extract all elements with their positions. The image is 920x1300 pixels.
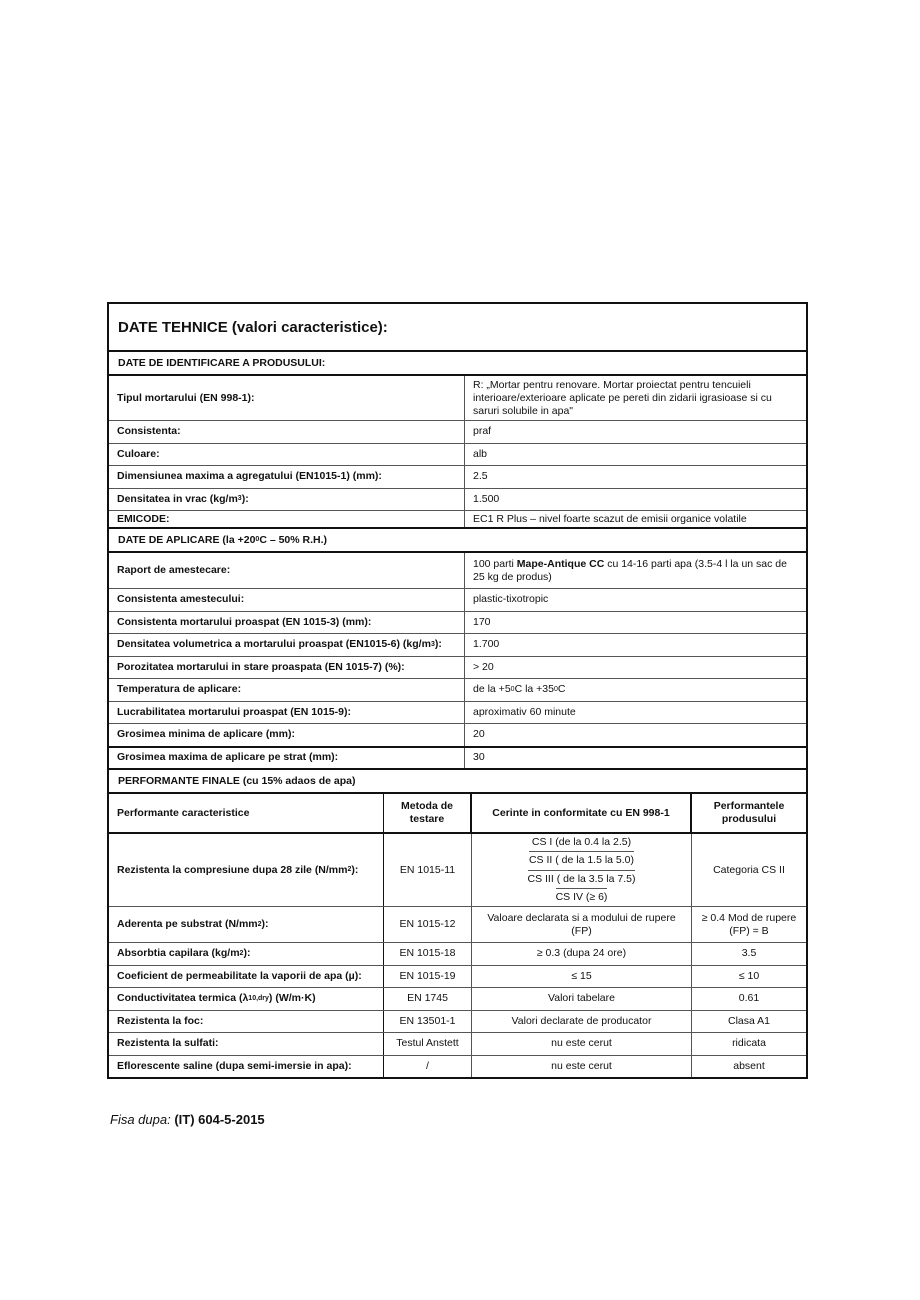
table-row: Rezistenta la foc: EN 13501-1 Valori dec… <box>109 1010 806 1033</box>
row-label: EMICODE: <box>109 511 465 527</box>
row-label: Porozitatea mortarului in stare proaspat… <box>109 657 465 679</box>
requirement: Valori declarate de producator <box>472 1011 692 1033</box>
row-value: aproximativ 60 minute <box>465 702 806 724</box>
requirement-item: CS I (de la 0.4 la 2.5) <box>532 834 631 851</box>
row-label: Tipul mortarului (EN 998-1): <box>109 376 465 420</box>
section-performance-heading: PERFORMANTE FINALE (cu 15% adaos de apa) <box>109 770 806 792</box>
row-label: Rezistenta la compresiune dupa 28 zile (… <box>109 834 384 906</box>
requirement: Valoare declarata si a modului de rupere… <box>472 907 692 942</box>
technical-data-table: DATE TEHNICE (valori caracteristice): DA… <box>107 302 808 1079</box>
test-method: EN 1015-11 <box>384 834 472 906</box>
row-label: Grosimea minima de aplicare (mm): <box>109 724 465 746</box>
product-name: Mape-Antique CC <box>517 558 605 570</box>
test-method: EN 1015-18 <box>384 943 472 965</box>
table-row: Rezistenta la sulfati: Testul Anstett nu… <box>109 1032 806 1055</box>
row-value: 1.500 <box>465 489 806 511</box>
document-page: DATE TEHNICE (valori caracteristice): DA… <box>0 0 920 1300</box>
table-row: Lucrabilitatea mortarului proaspat (EN 1… <box>109 701 806 724</box>
table-title: DATE TEHNICE (valori caracteristice): <box>109 304 806 350</box>
column-header: Cerinte in conformitate cu EN 998-1 <box>472 794 692 832</box>
table-row: Porozitatea mortarului in stare proaspat… <box>109 656 806 679</box>
requirement: ≤ 15 <box>472 966 692 988</box>
table-row: Tipul mortarului (EN 998-1): R: „Mortar … <box>109 374 806 420</box>
row-value: de la +50C la +350C <box>465 679 806 701</box>
row-label: Densitatea volumetrica a mortarului proa… <box>109 634 465 656</box>
product-result: 3.5 <box>692 943 806 965</box>
row-value: 30 <box>465 748 806 769</box>
row-value: 1.700 <box>465 634 806 656</box>
requirement-item: CS III ( de la 3.5 la 7.5) <box>528 870 636 888</box>
table-row: Aderenta pe substrat (N/mm2): EN 1015-12… <box>109 906 806 942</box>
row-label: Culoare: <box>109 444 465 466</box>
product-result: ≤ 10 <box>692 966 806 988</box>
row-value: EC1 R Plus – nivel foarte scazut de emis… <box>465 511 806 527</box>
row-value: 2.5 <box>465 466 806 488</box>
row-label: Rezistenta la sulfati: <box>109 1033 384 1055</box>
row-value: plastic-tixotropic <box>465 589 806 611</box>
requirements-list: CS I (de la 0.4 la 2.5) CS II ( de la 1.… <box>472 834 692 906</box>
table-row: Eflorescente saline (dupa semi-imersie i… <box>109 1055 806 1078</box>
row-label: Eflorescente saline (dupa semi-imersie i… <box>109 1056 384 1078</box>
requirement: ≥ 0.3 (dupa 24 ore) <box>472 943 692 965</box>
table-row: Temperatura de aplicare: de la +50C la +… <box>109 678 806 701</box>
table-row: Absorbtia capilara (kg/m2): EN 1015-18 ≥… <box>109 942 806 965</box>
product-result: ridicata <box>692 1033 806 1055</box>
row-label: Raport de amestecare: <box>109 553 465 588</box>
row-label: Densitatea in vrac (kg/m3): <box>109 489 465 511</box>
requirement-item: CS II ( de la 1.5 la 5.0) <box>529 851 634 869</box>
table-row: Consistenta mortarului proaspat (EN 1015… <box>109 611 806 634</box>
table-row: Consistenta: praf <box>109 420 806 443</box>
row-label: Aderenta pe substrat (N/mm2): <box>109 907 384 942</box>
footer-reference: (IT) 604-5-2015 <box>174 1112 264 1127</box>
footer-prefix: Fisa dupa: <box>110 1112 171 1127</box>
row-label: Dimensiunea maxima a agregatului (EN1015… <box>109 466 465 488</box>
row-value: > 20 <box>465 657 806 679</box>
document-footer: Fisa dupa: (IT) 604-5-2015 <box>110 1112 265 1127</box>
product-result: Clasa A1 <box>692 1011 806 1033</box>
product-result: 0.61 <box>692 988 806 1010</box>
test-method: EN 1015-12 <box>384 907 472 942</box>
requirement: nu este cerut <box>472 1056 692 1078</box>
table-row: Grosimea maxima de aplicare pe strat (mm… <box>109 746 806 769</box>
table-row: Rezistenta la compresiune dupa 28 zile (… <box>109 832 806 906</box>
row-label: Consistenta mortarului proaspat (EN 1015… <box>109 612 465 634</box>
row-label: Consistenta amestecului: <box>109 589 465 611</box>
row-value: 170 <box>465 612 806 634</box>
row-value: 20 <box>465 724 806 746</box>
product-result: ≥ 0.4 Mod de rupere (FP) = B <box>692 907 806 942</box>
column-header: Performantele produsului <box>692 794 806 832</box>
column-header: Performante caracteristice <box>109 794 384 832</box>
table-row: Densitatea in vrac (kg/m3): 1.500 <box>109 488 806 511</box>
table-row: Dimensiunea maxima a agregatului (EN1015… <box>109 465 806 488</box>
row-value: alb <box>465 444 806 466</box>
requirement: Valori tabelare <box>472 988 692 1010</box>
row-label: Lucrabilitatea mortarului proaspat (EN 1… <box>109 702 465 724</box>
row-label: Grosimea maxima de aplicare pe strat (mm… <box>109 748 465 769</box>
table-row: Densitatea volumetrica a mortarului proa… <box>109 633 806 656</box>
table-row: Raport de amestecare: 100 parti Mape-Ant… <box>109 551 806 588</box>
row-value: 100 parti Mape-Antique CC cu 14-16 parti… <box>465 553 806 588</box>
test-method: Testul Anstett <box>384 1033 472 1055</box>
row-label: Consistenta: <box>109 421 465 443</box>
section-application-heading: DATE DE APLICARE (la +200C – 50% R.H.) <box>109 529 806 551</box>
table-row: Consistenta amestecului: plastic-tixotro… <box>109 588 806 611</box>
row-value: R: „Mortar pentru renovare. Mortar proie… <box>465 376 806 420</box>
row-label: Coeficient de permeabilitate la vaporii … <box>109 966 384 988</box>
test-method: EN 13501-1 <box>384 1011 472 1033</box>
row-value: praf <box>465 421 806 443</box>
requirement-item: CS IV (≥ 6) <box>556 888 608 906</box>
table-row: EMICODE: EC1 R Plus – nivel foarte scazu… <box>109 510 806 527</box>
section-identification-heading: DATE DE IDENTIFICARE A PRODUSULUI: <box>109 352 806 374</box>
column-header: Metoda de testare <box>384 794 472 832</box>
test-method: EN 1745 <box>384 988 472 1010</box>
test-method: EN 1015-19 <box>384 966 472 988</box>
table-row: Culoare: alb <box>109 443 806 466</box>
row-label: Rezistenta la foc: <box>109 1011 384 1033</box>
table-row: Conductivitatea termica (λ10,dry) (W/m·K… <box>109 987 806 1010</box>
row-label: Conductivitatea termica (λ10,dry) (W/m·K… <box>109 988 384 1010</box>
requirement: nu este cerut <box>472 1033 692 1055</box>
row-label: Temperatura de aplicare: <box>109 679 465 701</box>
test-method: / <box>384 1056 472 1078</box>
row-label: Absorbtia capilara (kg/m2): <box>109 943 384 965</box>
performance-header-row: Performante caracteristice Metoda de tes… <box>109 792 806 832</box>
table-row: Grosimea minima de aplicare (mm): 20 <box>109 723 806 746</box>
table-row: Coeficient de permeabilitate la vaporii … <box>109 965 806 988</box>
product-result: absent <box>692 1056 806 1078</box>
product-result: Categoria CS II <box>692 834 806 906</box>
